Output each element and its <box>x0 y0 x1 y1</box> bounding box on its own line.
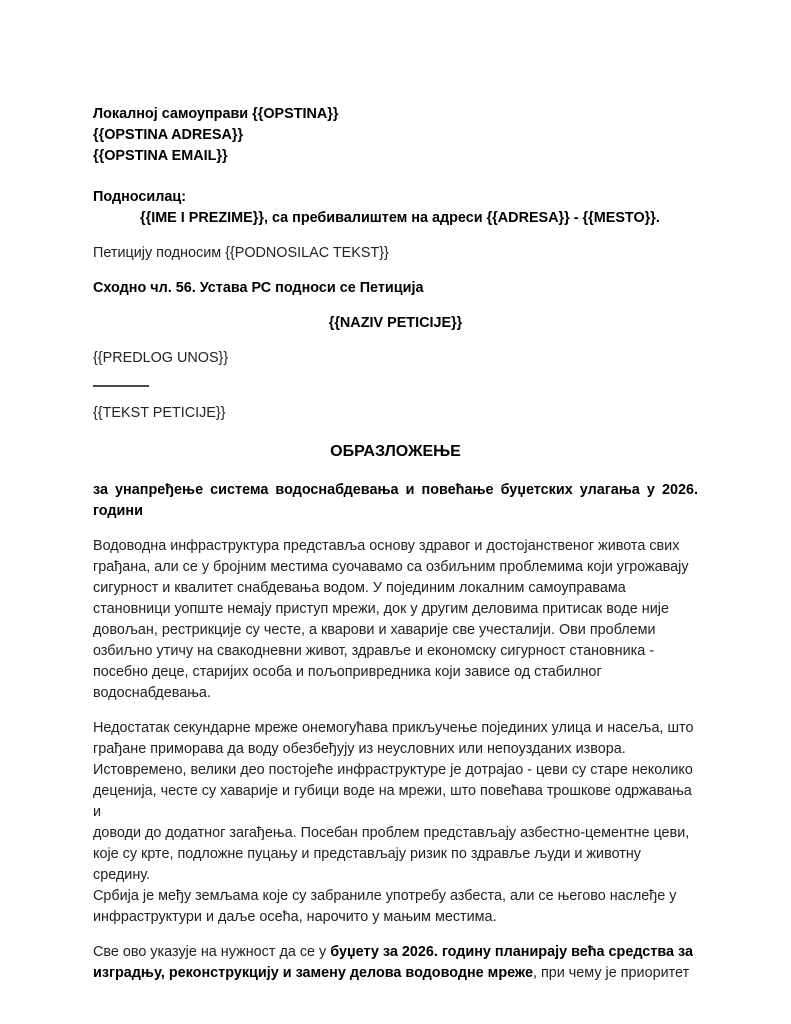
explanation-subtitle-line1: за унапређење система водоснабдевања и п… <box>93 480 698 501</box>
explanation-paragraph-3: Све ово указује на нужност да се у буџет… <box>93 942 698 984</box>
explanation-paragraph-2: Недостатак секундарне мреже онемогућава … <box>93 718 698 928</box>
intro-line: Петицију подносим {{PODNOSILAC TEKST}} <box>93 243 698 264</box>
paragraph-3-run-regular-1: Све ово указује на нужност да се у <box>93 944 330 960</box>
predlog-placeholder: {{PREDLOG UNOS}} <box>93 348 698 369</box>
submitter-details: {{IME I PREZIME}}, са пребивалиштем на а… <box>93 208 698 229</box>
explanation-subtitle-line2: години <box>93 501 698 522</box>
explanation-heading: ОБРАЗЛОЖЕЊЕ <box>93 440 698 464</box>
submitter-block: Подносилац: {{IME I PREZIME}}, са пребив… <box>93 187 698 229</box>
predlog-divider-block <box>93 385 698 387</box>
petition-title-placeholder: {{NAZIV PETICIJE}} <box>93 313 698 334</box>
recipient-block: Локалној самоуправи {{OPSTINA}} {{OPSTIN… <box>93 104 698 167</box>
explanation-paragraph-1: Водоводна инфраструктура представља осно… <box>93 536 698 704</box>
submitter-label: Подносилац: <box>93 187 698 208</box>
recipient-line-opstina: Локалној самоуправи {{OPSTINA}} <box>93 104 698 125</box>
explanation-subtitle: за унапређење система водоснабдевања и п… <box>93 480 698 522</box>
recipient-line-email: {{OPSTINA EMAIL}} <box>93 146 698 167</box>
predlog-divider-line <box>93 385 149 387</box>
legal-basis-line: Сходно чл. 56. Устава РС подноси се Пети… <box>93 278 698 299</box>
tekst-placeholder: {{TEKST PETICIJE}} <box>93 403 698 424</box>
paragraph-3-run-regular-2: , при чему је приоритет <box>533 965 689 981</box>
recipient-line-adresa: {{OPSTINA ADRESA}} <box>93 125 698 146</box>
petition-document-page: Локалној самоуправи {{OPSTINA}} {{OPSTIN… <box>0 0 791 1024</box>
